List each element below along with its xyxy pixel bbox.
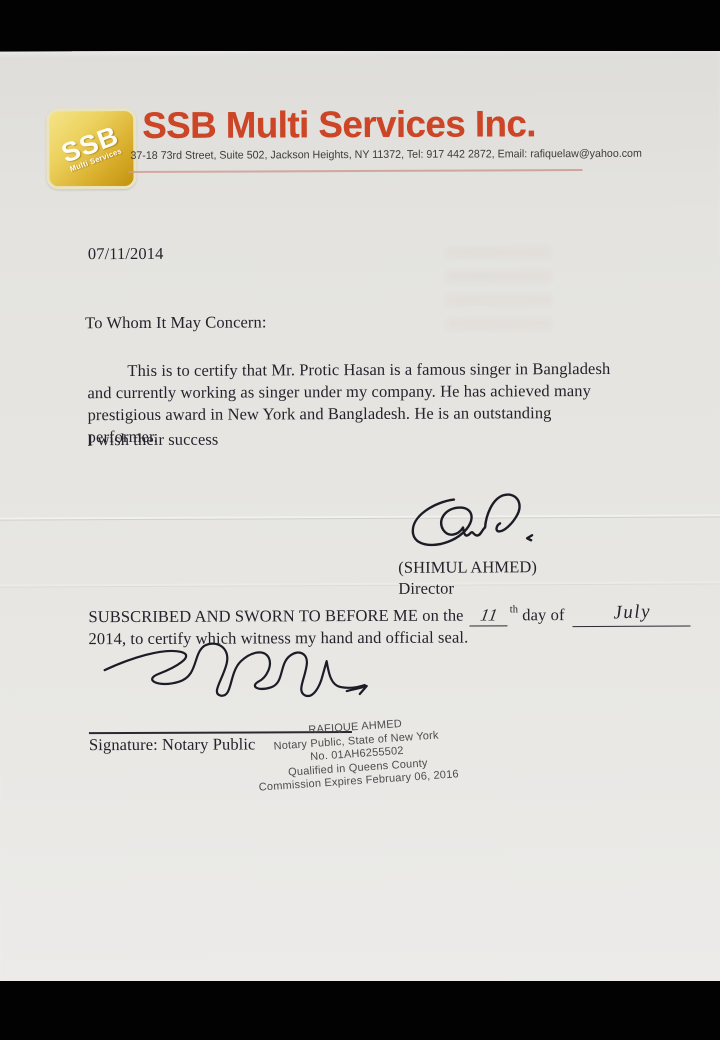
notary-statement-middle: day of — [522, 605, 564, 624]
signer-title: Director — [398, 579, 454, 599]
company-logo: SSB Multi Services — [46, 108, 136, 189]
director-signature-ink — [400, 485, 540, 560]
notary-signature-ink — [101, 635, 369, 702]
letter-date: 07/11/2014 — [88, 244, 164, 264]
closing-line: I wish their success — [88, 430, 219, 451]
signer-name: (SHIMUL AHMED) — [398, 557, 537, 578]
month-handwritten: July — [613, 601, 651, 624]
scanned-letter-page: SSB Multi Services SSB Multi Services In… — [0, 48, 720, 984]
fold-crease — [0, 514, 720, 520]
notary-stamp: RAFIQUE AHMED Notary Public, State of Ne… — [241, 713, 473, 796]
bleed-through-mark — [447, 247, 551, 333]
notary-signature-label: Signature: Notary Public — [89, 734, 256, 755]
company-address-line: 37-18 73rd Street, Suite 502, Jackson He… — [130, 148, 586, 162]
notary-statement-prefix: SUBSCRIBED AND SWORN TO BEFORE ME on the — [88, 606, 463, 627]
day-ordinal: th — [510, 604, 518, 615]
month-blank: July — [573, 604, 691, 628]
bottom-black-bar — [0, 981, 720, 1040]
day-handwritten: 11 — [478, 605, 499, 625]
notary-statement-line1: SUBSCRIBED AND SWORN TO BEFORE ME on the… — [88, 604, 690, 630]
salutation: To Whom It May Concern: — [85, 312, 266, 333]
day-blank: 11 — [470, 605, 508, 626]
letterhead-rule — [128, 169, 582, 173]
fold-crease — [0, 581, 720, 587]
top-black-bar — [0, 0, 720, 51]
company-name: SSB Multi Services Inc. — [142, 103, 598, 147]
company-logo-monogram: SSB Multi Services — [58, 123, 124, 174]
